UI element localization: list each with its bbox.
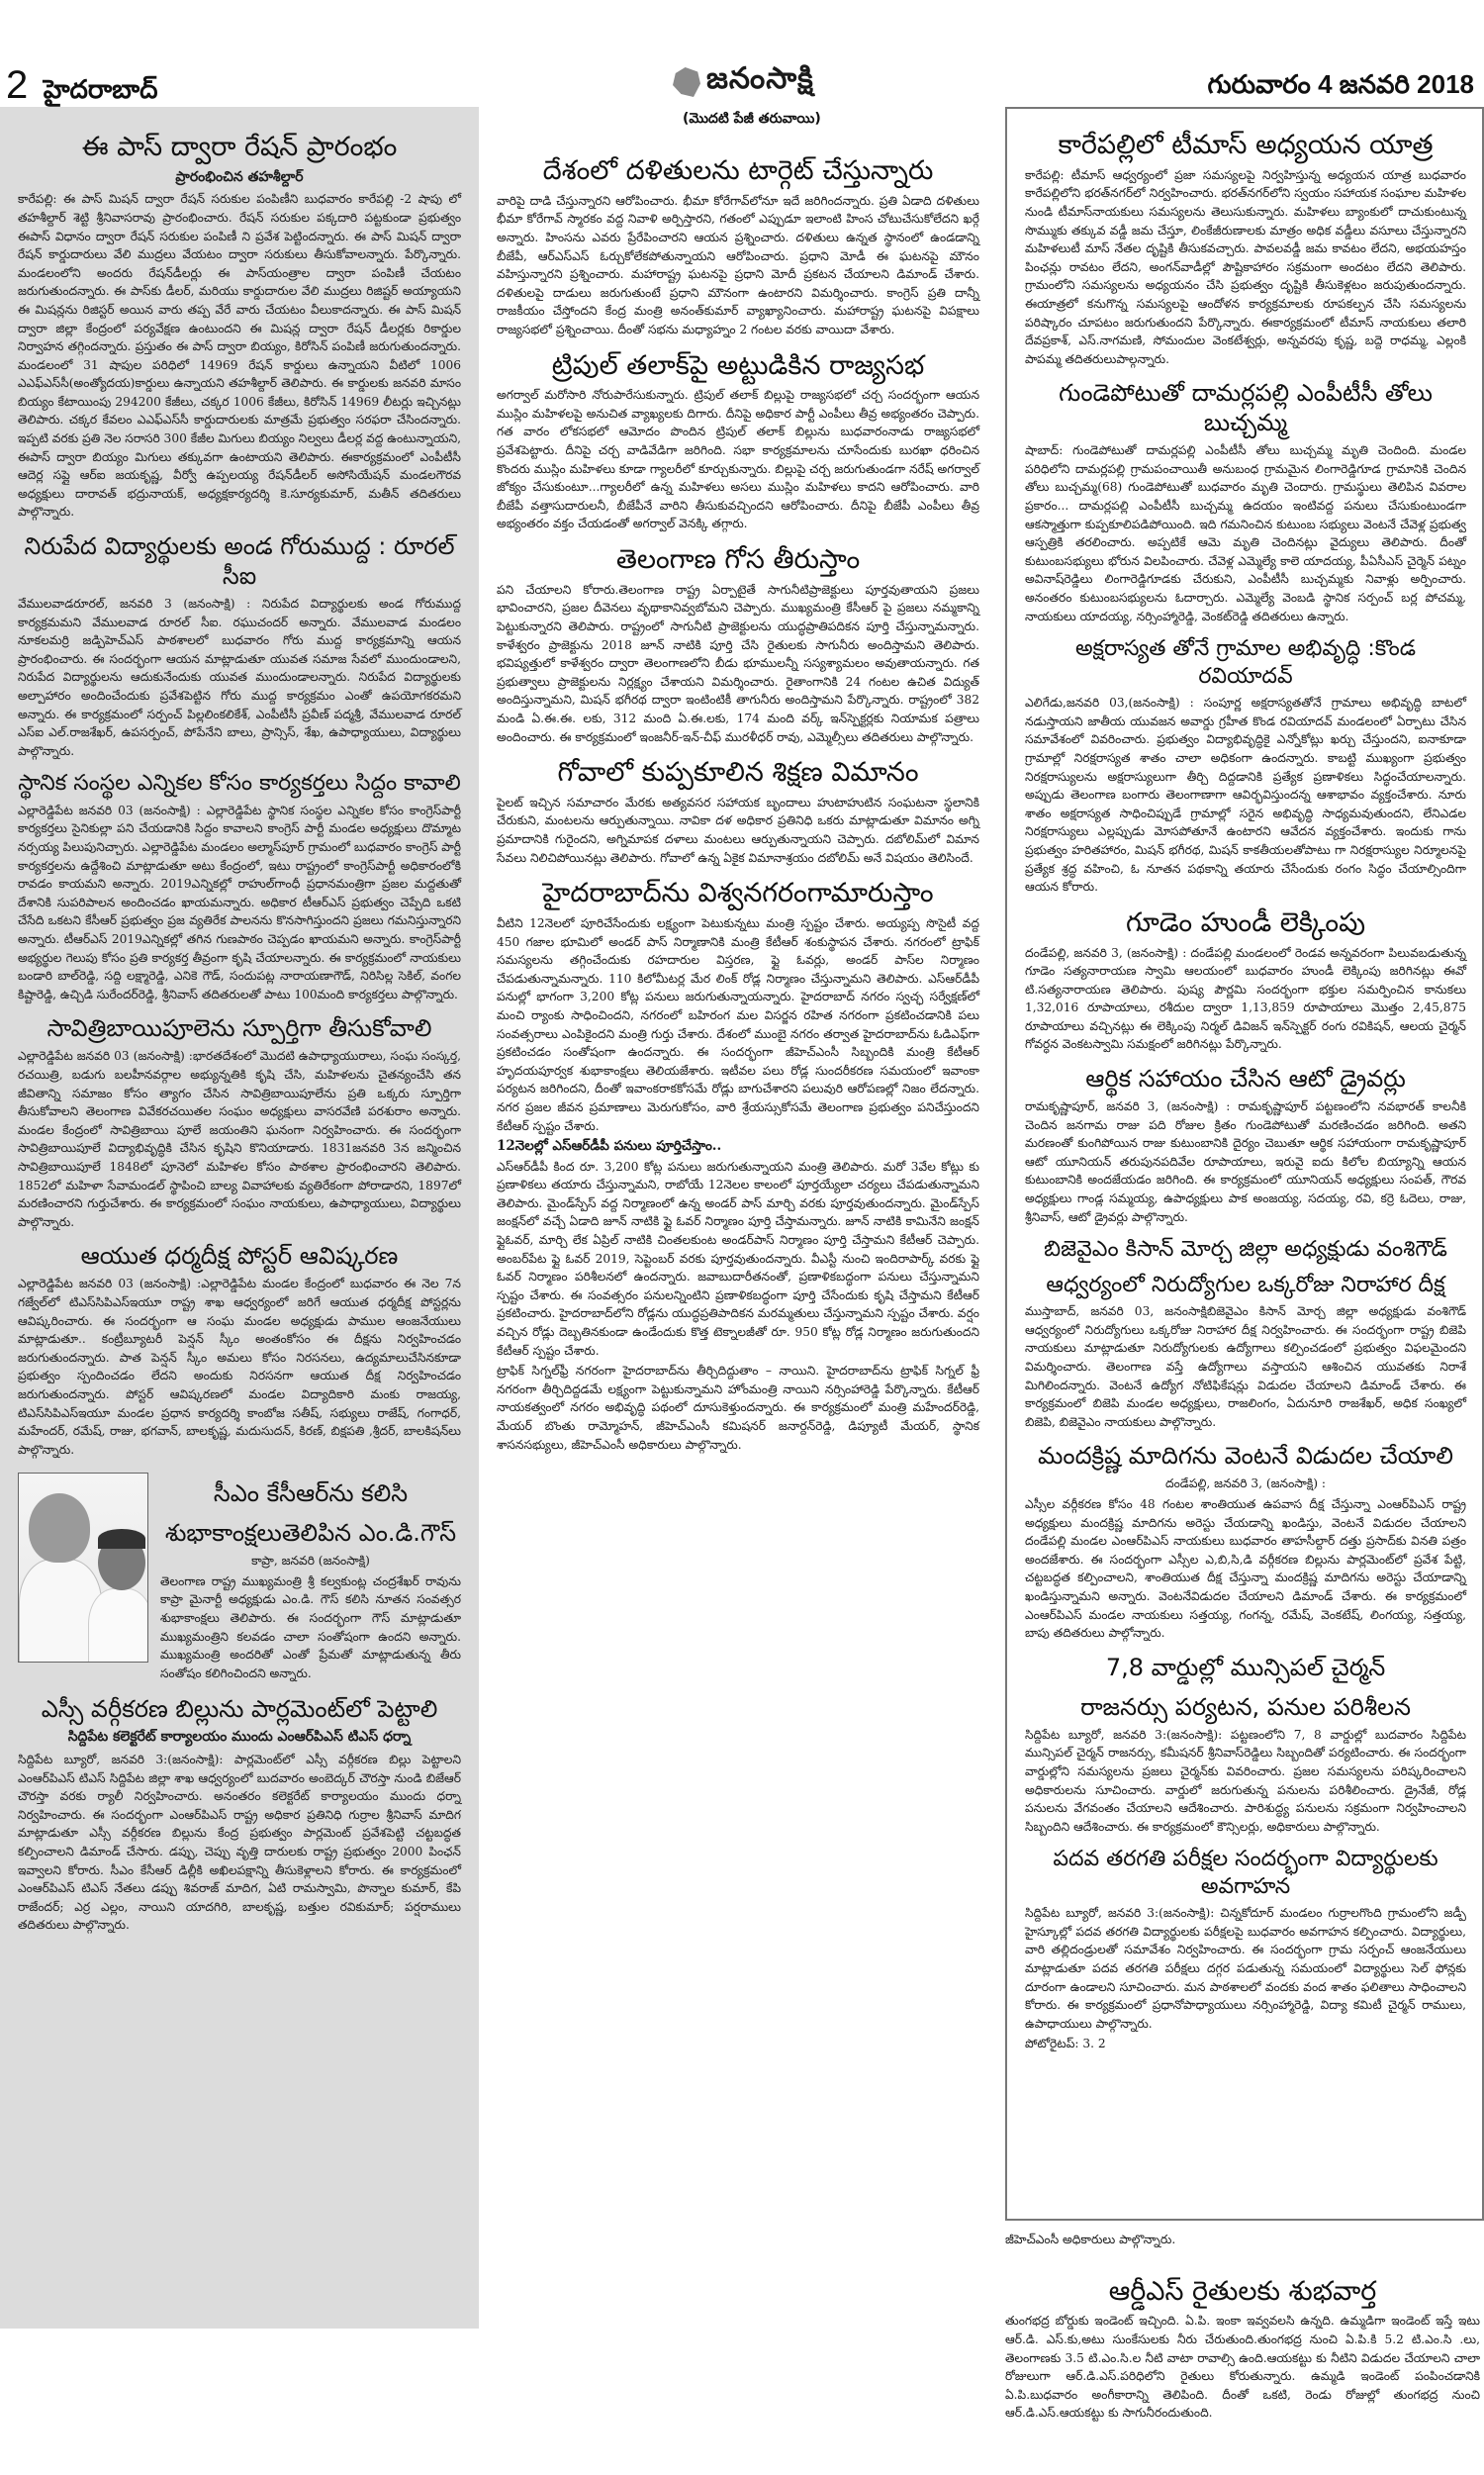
story-mandakrishna: మందక్రిష్ణ మాదిగను వెంటనే విడుదల చేయాలి …	[1025, 1441, 1466, 1642]
masthead: 2 హైదరాబాద్ జనంసాక్షి (మొదటి పేజీ తరువాయ…	[0, 0, 1484, 107]
continued-note: (మొదటి పేజీ తరువాయి)	[683, 111, 821, 130]
story-body: ముస్తాబాద్, జనవరి 03, జనంసాక్షిబిజెవైఎం …	[1025, 1302, 1466, 1431]
story-hyderabad-global-city: హైదరాబాద్‌ను విశ్వనగరంగామారుస్తాం వీటిని…	[497, 877, 979, 1454]
story-savitribai: సావిత్రిబాయిపూలెను స్పూర్తిగా తీసుకోవాలి…	[18, 1013, 461, 1231]
headline: తెలంగాణ గోస తీరుస్తాం	[497, 543, 979, 577]
story-epos-ration: ఈ పాస్ ద్వారా రేషన్ ప్రారంభం ప్రారంభించి…	[18, 131, 461, 522]
story-body: ఎల్లారెడ్డిపేట జనవరి 03 (జనంసాక్షి) : ఎల…	[18, 802, 461, 1004]
story-poster-launch: ఆయుత ధర్మదీక్ష పోస్టర్ ఆవిష్కరణ ఎల్లారెడ…	[18, 1241, 461, 1459]
story-body: వారిపై దాడి చేస్తున్నారని ఆరోపించారు. భీ…	[497, 192, 979, 339]
carryover-line: జీహెచ్ఎంసీ అధికారులు పాల్గొన్నారు.	[1005, 2231, 1480, 2249]
story-dalits-targeted: దేశంలో దళితులను టార్గెట్ చేస్తున్నారు వా…	[497, 154, 979, 339]
story-body: షాబాద్: గుండెపోటుతో దామర్లపల్లి ఎంపీటీసీ…	[1025, 441, 1466, 625]
story-literacy: అక్షరాస్యత తోనే గ్రామాల అభివృద్ధి :కొండ …	[1025, 635, 1466, 897]
telangana-map-icon	[673, 67, 700, 97]
section-name: హైదరాబాద్	[44, 74, 158, 104]
headline: గోవాలో కుప్పకూలిన శిక్షణ విమానం	[497, 756, 979, 790]
middle-column: దేశంలో దళితులను టార్గెట్ చేస్తున్నారు వా…	[491, 139, 985, 2474]
story-body: ఎలిగేడు,జనవరి 03,(జనంసాక్షి) : సంపూర్ణ అ…	[1025, 694, 1466, 897]
story-body: కారేపల్లి: టీమాస్ ఆధ్వర్యంలో ప్రజా సమస్య…	[1025, 166, 1466, 369]
news-photo	[18, 1473, 148, 1663]
headline: ఆయుత ధర్మదీక్ష పోస్టర్ ఆవిష్కరణ	[18, 1241, 461, 1271]
story-body: తుంగభద్ర బోర్డుకు ఇండెంట్ ఇచ్చింది. ఏ.పి…	[1005, 2312, 1480, 2423]
story-body: అగర్వాల్ మరోసారి నోరుపారేసుకున్నారు. ట్ర…	[497, 386, 979, 533]
headline: పదవ తరగతి పరీక్షల సందర్భంగా విద్యార్థులక…	[1025, 1846, 1466, 1900]
story-md-gous: సీఎం కేసీఆర్‌ను కలిసి శుభాకాంక్షలుతెలిపి…	[18, 1469, 461, 1684]
story-body: వీటిని 12నెలలో పూరిచేసేందుకు లక్ష్యంగా ప…	[497, 914, 979, 1135]
headline: దేశంలో దళితులను టార్గెట్ చేస్తున్నారు	[497, 154, 979, 188]
headline: ఈ పాస్ ద్వారా రేషన్ ప్రారంభం	[18, 131, 461, 164]
story-hunger-strike: బిజెవైఎం కిసాన్ మోర్చ జిల్లా అధ్యక్షుడు …	[1025, 1236, 1466, 1431]
paper-name: జనంసాక్షి	[706, 61, 814, 103]
headline: ఆర్థిక సహాయం చేసిన ఆటో డ్రైవర్లు	[1025, 1064, 1466, 1094]
headline: సావిత్రిబాయిపూలెను స్పూర్తిగా తీసుకోవాలి	[18, 1013, 461, 1043]
story-body: సిద్దిపేట బ్యూరో, జనవరి 3:(జనంసాక్షి): ప…	[1025, 1726, 1466, 1837]
headline-line-1: 7,8 వార్డుల్లో మున్సిపల్ చైర్మన్	[1025, 1653, 1466, 1682]
story-body: వేములవాడరూరల్, జనవరి 3 (జనంసాక్షి) : నిర…	[18, 595, 461, 760]
subsection-title: 12నెలల్లో ఎస్‌ఆర్‌డీపీ పనులు పూర్తిచేస్త…	[497, 1137, 979, 1156]
byline: దండేపల్లి, జనవరి 3, (జనంసాక్షి) :	[1025, 1475, 1466, 1493]
subhead: ప్రారంభించిన తహశీల్దార్	[18, 168, 461, 187]
headline: అక్షరాస్యత తోనే గ్రామాల అభివృద్ధి :కొండ …	[1025, 635, 1466, 690]
headline: ఎస్సీ వర్గీకరణ బిల్లును పార్లమెంట్‌లో పె…	[18, 1694, 461, 1724]
story-triple-talaq: ట్రిపుల్ తలాక్‌పై అట్టుడికిన రాజ్యసభ అగర…	[497, 349, 979, 534]
page-number: 2	[6, 63, 28, 107]
story-body: ఎస్సీల వర్గీకరణ కోసం 48 గంటల శాంతియుత ఉప…	[1025, 1495, 1466, 1643]
story-body: సిద్దిపేట బ్యూరో, జనవరి 3:(జనంసాక్షి): ప…	[18, 1751, 461, 1935]
subhead: సిద్దిపేట కలెక్టరేట్ కార్యాలయం ముందు ఎంఆ…	[18, 1728, 461, 1747]
photo-credit: పోటోరైటప్: 3. 2	[1025, 2035, 1466, 2053]
newspaper-logo: జనంసాక్షి	[673, 61, 814, 103]
story-mptc-death: గుండెపోటుతో దామర్లపల్లి ఎంపీటీసీ తోలు బు…	[1025, 378, 1466, 625]
story-body: సిద్దిపేట బ్యూరో, జనవరి 3:(జనంసాక్షి): చ…	[1025, 1904, 1466, 2033]
story-goa-crash: గోవాలో కుప్పకూలిన శిక్షణ విమానం పైలట్ ఇచ…	[497, 756, 979, 867]
story-body: దండేపల్లి, జనవరి 3, (జనంసాక్షి) : దండేపల…	[1025, 944, 1466, 1055]
page-number-section: 2 హైదరాబాద్	[6, 63, 158, 111]
story-sc-categorisation: ఎస్సీ వర్గీకరణ బిల్లును పార్లమెంట్‌లో పె…	[18, 1694, 461, 1935]
right-column-box: కారేపల్లిలో టీమాస్ అధ్యయన యాత్ర కారేపల్ల…	[1005, 107, 1484, 2221]
story-body: ఎల్లారెడ్డిపేట జనవరి 03 (జనంసాక్షి) :భార…	[18, 1047, 461, 1231]
headline: గుండెపోటుతో దామర్లపల్లి ఎంపీటీసీ తోలు బు…	[1025, 378, 1466, 437]
story-hundi-count: గూడెం హుండీ లెక్కింపు దండేపల్లి, జనవరి 3…	[1025, 906, 1466, 1054]
story-telangana-gosa: తెలంగాణ గోస తీరుస్తాం పని చేయాలని కోరారు…	[497, 543, 979, 746]
headline-line-2: రాజనర్సు పర్యటన, పనుల పరిశీలన	[1025, 1692, 1466, 1722]
headline: గూడెం హుండీ లెక్కింపు	[1025, 906, 1466, 940]
story-goru-mudda: నిరుపేద విద్యార్థులకు అండ గోరుముద్ద : రూ…	[18, 531, 461, 760]
story-body: రామకృష్ణాపూర్, జనవరి 3, (జనంసాక్షి) : రా…	[1025, 1097, 1466, 1226]
headline: మందక్రిష్ణ మాదిగను వెంటనే విడుదల చేయాలి	[1025, 1441, 1466, 1471]
headline: నిరుపేద విద్యార్థులకు అండ గోరుముద్ద : రూ…	[18, 531, 461, 591]
right-column-tail: జీహెచ్ఎంసీ అధికారులు పాల్గొన్నారు. ఆర్డీ…	[1001, 2227, 1484, 2474]
story-local-elections: స్థానిక సంస్థల ఎన్నికల కోసం కార్యకర్తలు …	[18, 770, 461, 1003]
story-body: కారేపల్లి: ఈ పాస్ మిషన్ ద్వారా రేషన్ సరు…	[18, 190, 461, 522]
story-body: పైలట్ ఇచ్చిన సమాచారం మేరకు అత్యవసర సహాయక…	[497, 794, 979, 867]
story-body: ఎల్లారెడ్డిపేట జనవరి 03 (జనంసాక్షి) :ఎల్…	[18, 1275, 461, 1459]
headline: కారేపల్లిలో టీమాస్ అధ్యయన యాత్ర	[1025, 129, 1466, 162]
headline: ట్రిపుల్ తలాక్‌పై అట్టుడికిన రాజ్యసభ	[497, 349, 979, 383]
story-teemas-yatra: కారేపల్లిలో టీమాస్ అధ్యయన యాత్ర కారేపల్ల…	[1025, 129, 1466, 368]
headline-line-2: ఆధ్వర్యంలో నిరుద్యోగుల ఒక్కరోజు నిరాహార …	[1025, 1272, 1466, 1299]
story-body: పని చేయాలని కోరారు.తెలంగాణ రాష్ట్ర ఏర్పా…	[497, 581, 979, 746]
closing-paragraph: ట్రాఫిక్ సిగ్నల్‌ఫ్రీ నగరంగా హైదరాబాద్‌న…	[497, 1362, 979, 1454]
dateline: గురువారం 4 జనవరి 2018	[1207, 69, 1474, 106]
story-municipal-chairman: 7,8 వార్డుల్లో మున్సిపల్ చైర్మన్ రాజనర్స…	[1025, 1653, 1466, 1837]
headline: ఆర్డీఎస్ రైతులకు శుభవార్త	[1005, 2275, 1480, 2309]
headline-line-1: బిజెవైఎం కిసాన్ మోర్చ జిల్లా అధ్యక్షుడు …	[1025, 1236, 1466, 1264]
subsection-body: ఎస్‌ఆర్‌డీపీ కింద రూ. 3,200 కోట్ల పనులు …	[497, 1158, 979, 1361]
left-column: ఈ పాస్ ద్వారా రేషన్ ప్రారంభం ప్రారంభించి…	[0, 107, 479, 2329]
story-tenth-class-awareness: పదవ తరగతి పరీక్షల సందర్భంగా విద్యార్థులక…	[1025, 1846, 1466, 2053]
story-auto-drivers: ఆర్థిక సహాయం చేసిన ఆటో డ్రైవర్లు రామకృష్…	[1025, 1064, 1466, 1226]
headline: స్థానిక సంస్థల ఎన్నికల కోసం కార్యకర్తలు …	[18, 770, 461, 798]
headline: హైదరాబాద్‌ను విశ్వనగరంగామారుస్తాం	[497, 877, 979, 910]
